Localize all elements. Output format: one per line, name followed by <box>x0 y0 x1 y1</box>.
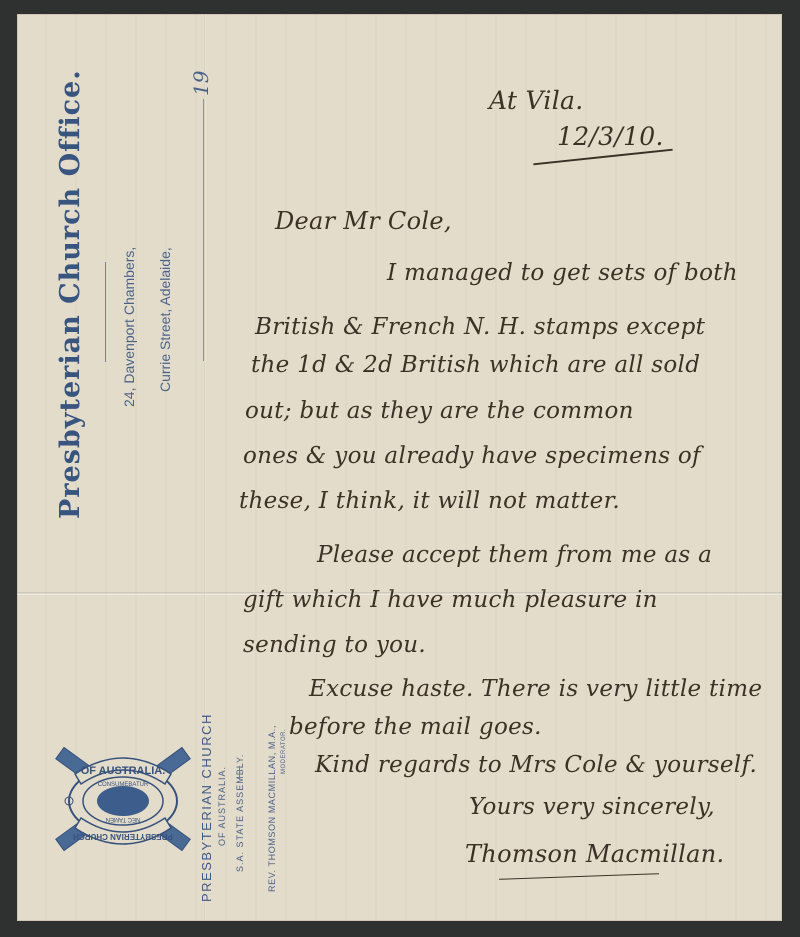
letter-salutation: Dear Mr Cole, <box>275 207 452 235</box>
letterhead-of-australia: OF AUSTRALIA. <box>217 766 227 846</box>
letterhead-address-line2: Currie Street, Adelaide, <box>157 247 173 392</box>
letterhead-moderator-title: MODERATOR. <box>281 729 287 774</box>
letterhead-moderator-name: REV. THOMSON MACMILLAN, M.A., <box>267 725 277 892</box>
church-crest-icon: OF AUSTRALIA. CONSUMEBATUR NEC TAMEN PRE… <box>53 744 193 859</box>
letterhead-title: Presbyterian Church Office. <box>55 69 86 519</box>
letter-place: At Vila. <box>489 86 583 115</box>
letter-line: gift which I have much pleasure in <box>243 587 658 613</box>
crest-motto-top: CONSUMEBATUR <box>98 782 149 788</box>
letter-line: sending to you. <box>243 632 426 658</box>
letter-line: Kind regards to Mrs Cole & yourself. <box>315 752 757 778</box>
letter-line: Excuse haste. There is very little time <box>309 676 762 702</box>
date-fill-line <box>203 99 204 361</box>
letter-line: I managed to get sets of both <box>387 260 738 286</box>
signature-underline <box>499 873 659 880</box>
letter-line: ones & you already have specimens of <box>243 443 701 469</box>
date-underline <box>533 149 672 166</box>
letter-line: out; but as they are the common <box>245 398 634 424</box>
letter-line: the 1d & 2d British which are all sold <box>251 352 700 378</box>
crest-motto-bottom: NEC TAMEN <box>106 816 141 822</box>
letter-line: these, I think, it will not matter. <box>239 488 620 514</box>
letter-date: 12/3/10. <box>557 122 664 151</box>
crest-bottom-banner: PRESBYTERIAN CHURCH <box>73 832 173 841</box>
letterhead-footer-divider <box>239 766 240 780</box>
letterhead-divider <box>105 262 106 362</box>
letter-paper: Presbyterian Church Office. 24, Davenpor… <box>17 14 782 921</box>
letterhead-address-line1: 24, Davenport Chambers, <box>121 247 137 407</box>
letter-line: Please accept them from me as a <box>317 542 712 568</box>
letter-closing: Yours very sincerely, <box>469 794 715 820</box>
letter-line: British & French N. H. stamps except <box>255 314 705 340</box>
letterhead-state-assembly: S.A. STATE ASSEMBLY. <box>235 754 245 872</box>
crest-top-banner: OF AUSTRALIA. <box>81 765 166 777</box>
letter-line: before the mail goes. <box>289 714 542 740</box>
letter-signature: Thomson Macmillan. <box>465 840 724 868</box>
letterhead-church-name: PRESBYTERIAN CHURCH <box>199 713 214 902</box>
date-year-prefix: 19 <box>189 71 213 96</box>
